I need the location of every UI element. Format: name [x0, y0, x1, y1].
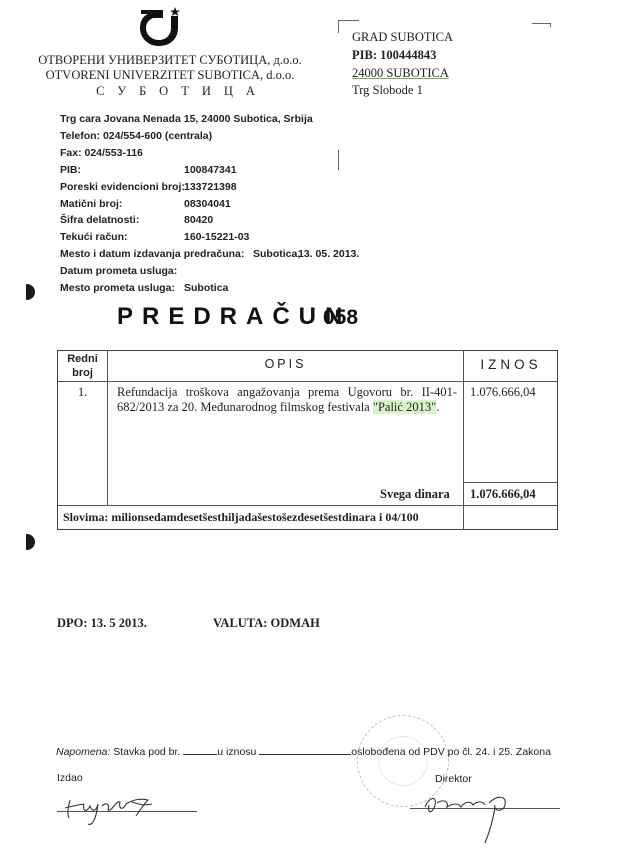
dpo-date: DPO: 13. 5 2013. — [57, 616, 147, 631]
field-label-activity-code: Šifra delatnosti: — [60, 214, 139, 226]
recipient-name: GRAD SUBOTICA — [352, 30, 453, 45]
column-header-no: Redni broj — [58, 352, 107, 380]
field-value-pib: 100847341 — [184, 164, 237, 176]
row-description-text: . — [436, 400, 439, 414]
issuer-fax: Fax: 024/553-116 — [60, 147, 143, 159]
open-university-logo-icon — [137, 6, 183, 46]
row-description-line1: Refundacija troškova angažovanja prema U… — [117, 385, 457, 400]
issuer-name-cyrillic: ОТВОРЕНИ УНИВЕРЗИТЕТ СУБОТИЦА, д.о.о. — [20, 53, 320, 68]
note-text: oslobođena od PDV po čl. 24. i 25. Zakon… — [351, 746, 551, 758]
column-header-description: OPIS — [108, 357, 463, 371]
issued-by-label: Izdao — [57, 772, 83, 784]
field-value-activity-code: 80420 — [184, 214, 213, 226]
field-value-account: 160-15221-03 — [184, 231, 249, 243]
issue-date: 13. 05. 2013. — [298, 248, 359, 260]
amount-blank — [259, 744, 351, 755]
total-value: 1.076.666,04 — [470, 487, 536, 502]
recipient-street: Trg Slobode 1 — [352, 83, 423, 98]
payment-terms: VALUTA: ODMAH — [213, 616, 320, 631]
director-label: Direktor — [435, 773, 472, 785]
row-description-text: 682/2013 za 20. Međunarodnog filmskog fe… — [117, 400, 373, 414]
invoice-table — [57, 350, 558, 530]
signature-icon — [62, 790, 172, 830]
field-label-tax-record: Poreski evidencioni broj: — [60, 181, 185, 193]
table-divider — [57, 381, 558, 382]
row-amount: 1.076.666,04 — [470, 385, 536, 400]
document-title: PREDRAČUN — [117, 303, 351, 331]
signature-icon — [415, 785, 525, 845]
field-label-account: Tekući račun: — [60, 231, 128, 243]
address-window-mark — [338, 150, 340, 170]
recipient-zip-city: 24000 SUBOTICA — [352, 66, 449, 81]
table-divider — [107, 350, 108, 506]
table-divider — [463, 482, 558, 483]
vat-exemption-note: Napomena: Stavka pod br. u iznosu oslobo… — [56, 744, 551, 758]
document-number: 058 — [323, 306, 358, 330]
issuer-phone: Telefon: 024/554-600 (centrala) — [60, 130, 212, 142]
issuer-name-latin: OTVORENI UNIVERZITET SUBOTICA, d.o.o. — [20, 68, 320, 83]
highlighted-festival-name: "Palić 2013" — [373, 400, 436, 414]
row-number: 1. — [58, 385, 107, 400]
column-header-amount: IZNOS — [464, 357, 558, 372]
note-text: Stavka pod br. — [110, 746, 183, 758]
table-divider — [57, 505, 558, 506]
issuer-address: Trg cara Jovana Nenada 15, 24000 Subotic… — [60, 113, 313, 125]
total-label: Svega dinara — [380, 487, 450, 502]
field-label-reg-number: Matični broj: — [60, 198, 122, 210]
service-place: Subotica — [184, 282, 228, 294]
address-window-mark — [532, 23, 551, 27]
note-label: Napomena: — [56, 746, 110, 758]
recipient-pib: PIB: 100444843 — [352, 48, 436, 63]
issuer-city: СУБОТИЦА — [20, 84, 332, 99]
punch-hole — [26, 534, 35, 550]
issue-place-date-label: Mesto i datum izdavanja predračuna: — [60, 248, 244, 260]
field-value-tax-record: 133721398 — [184, 181, 237, 193]
punch-hole — [26, 284, 35, 300]
issue-place: Subotica, — [253, 248, 300, 260]
field-label-pib: PIB: — [60, 164, 81, 176]
item-number-blank — [183, 744, 217, 755]
field-value-reg-number: 08304041 — [184, 198, 231, 210]
amount-in-words: Slovima: milionsedamdesetšesthiljadašest… — [63, 510, 419, 525]
note-text: u iznosu — [217, 746, 259, 758]
service-date-label: Datum prometa usluga: — [60, 265, 177, 277]
service-place-label: Mesto prometa usluga: — [60, 282, 175, 294]
table-divider — [463, 350, 464, 530]
row-description-line2: 682/2013 za 20. Međunarodnog filmskog fe… — [117, 400, 457, 415]
